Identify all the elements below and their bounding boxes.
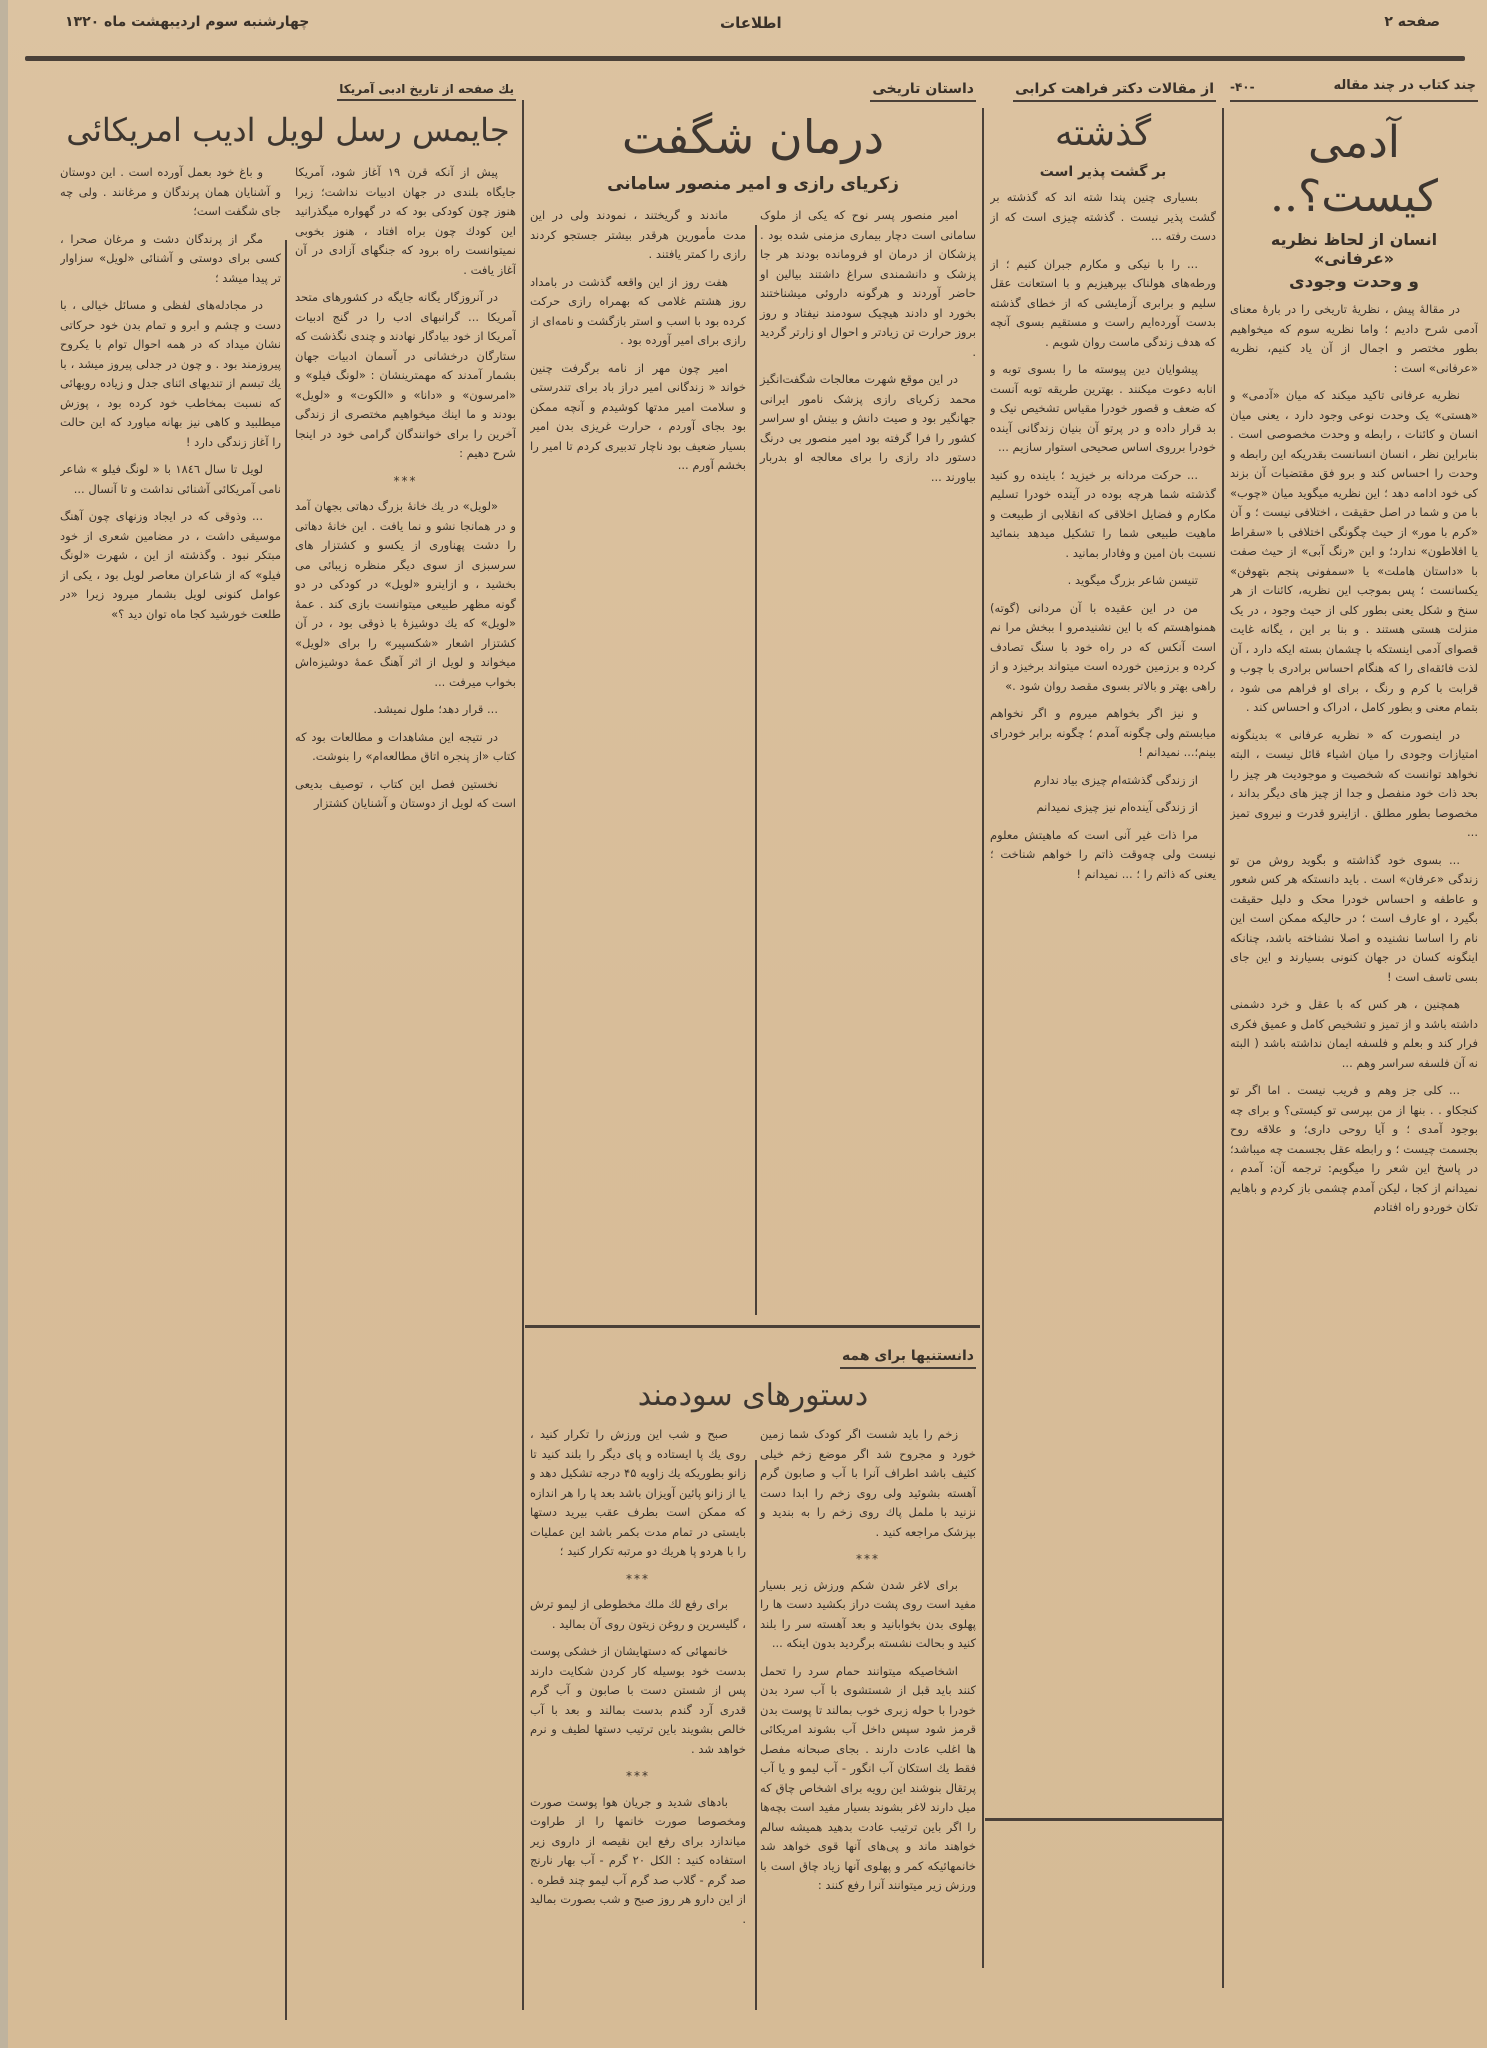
separator-stars: *** bbox=[760, 1550, 976, 1570]
separator-stars: *** bbox=[295, 472, 516, 492]
article-body: در مقالهٔ پیش ، نظریهٔ تاریخی را در باره… bbox=[1230, 300, 1478, 1218]
article-number: -۴۰- bbox=[1230, 80, 1255, 94]
headline: گذشته bbox=[990, 112, 1216, 156]
paragraph: صبح و شب این ورزش را تکرار کنید ، روی یك… bbox=[530, 1425, 746, 1562]
article-body: بسیاری چنین پندا شته اند که گذشته بر گشت… bbox=[990, 188, 1216, 884]
headline: جایمس رسل لویل ادیب امریکائی bbox=[60, 109, 516, 151]
text-column-right: زخم را باید شست اگر کودک شما زمین خورد و… bbox=[760, 1425, 976, 1937]
paragraph: ... بسوی خود گذاشته و بگوید روش من تو زن… bbox=[1230, 851, 1478, 988]
subheadline: زکریای رازی و امیر منصور سامانی bbox=[530, 174, 976, 194]
subheadline: و وحدت وجودی bbox=[1230, 272, 1478, 292]
paragraph: همچنین ، هر کس که با عقل و خرد دشمنی داش… bbox=[1230, 995, 1478, 1073]
article-adami-kist: چند کتاب در چند مقاله -۴۰- آدمی کیست؟.. … bbox=[1230, 78, 1478, 2038]
newspaper-name: اطلاعات bbox=[720, 14, 782, 32]
paragraph: زخم را باید شست اگر کودک شما زمین خورد و… bbox=[760, 1425, 976, 1542]
page-number: صفحه ۲ bbox=[1384, 14, 1440, 30]
section-kicker: دانستنیها برای همه bbox=[840, 1348, 976, 1369]
paragraph: بسیاری چنین پندا شته اند که گذشته بر گشت… bbox=[990, 188, 1216, 247]
column-divider bbox=[1222, 108, 1224, 1988]
headline: دستورهای سودمند bbox=[530, 1377, 976, 1415]
paragraph: ... کلی جز وهم و فریب نیست . اما اگر تو … bbox=[1230, 1081, 1478, 1218]
paragraph: از زندگی گذشته‌ام چیزی بیاد ندارم bbox=[990, 771, 1216, 791]
paragraph: مگر از پرندگان دشت و مرغان صحرا ، کسی بر… bbox=[60, 230, 281, 289]
paragraph: مرا ذات غیر آنی است که ماهیتش معلوم نیست… bbox=[990, 826, 1216, 885]
headline: آدمی کیست؟.. bbox=[1230, 116, 1478, 224]
text-column-left: و باغ خود بعمل آورده است . این دوستان و … bbox=[60, 163, 281, 822]
paragraph: در این موقع شهرت معالجات شگفت‌انگیز محمد… bbox=[760, 370, 976, 487]
article-james-russell-lowell: یك صفحه از تاریخ ادبی آمریکا جایمس رسل ل… bbox=[60, 78, 516, 2038]
paragraph: در آنروزگار یگانه جایگه در کشورهای متحد … bbox=[295, 288, 516, 464]
article-dastoorhaye-soodmand: دانستنیها برای همه دستورهای سودمند زخم ر… bbox=[530, 1345, 976, 2035]
paragraph: نخستین فصل این کتاب ، توصیف بدیعی است که… bbox=[295, 775, 516, 814]
paragraph: امیر چون مهر از نامه برگرفت چنین خواند «… bbox=[530, 359, 746, 476]
section-rule bbox=[525, 1325, 980, 1328]
separator-stars: *** bbox=[530, 1767, 746, 1787]
headline: درمان شگفت bbox=[530, 108, 976, 166]
issue-date: چهارشنبه سوم اردیبهشت ماه ۱۳۲۰ bbox=[65, 14, 309, 30]
paragraph: امیر منصور پسر نوح که یکی از ملوک سامانی… bbox=[760, 206, 976, 362]
newspaper-page: صفحه ۲ اطلاعات چهارشنبه سوم اردیبهشت ماه… bbox=[0, 0, 1487, 2048]
paragraph: پیشوایان دین پیوسته ما را بسوی توبه و ان… bbox=[990, 360, 1216, 458]
column-divider bbox=[982, 108, 984, 1968]
paragraph: پیش از آنکه قرن ۱۹ آغاز شود، آمریکا جایگ… bbox=[295, 163, 516, 280]
scan-edge bbox=[0, 0, 8, 2048]
paragraph: خانمهائی که دستهایشان از خشکی پوست بدست … bbox=[530, 1642, 746, 1759]
paragraph: بادهای شدید و جریان هوا پوست صورت ومخصوص… bbox=[530, 1793, 746, 1930]
separator-stars: *** bbox=[530, 1570, 746, 1590]
paragraph: در مقالهٔ پیش ، نظریهٔ تاریخی را در باره… bbox=[1230, 300, 1478, 378]
masthead: صفحه ۲ اطلاعات چهارشنبه سوم اردیبهشت ماه… bbox=[30, 14, 1470, 44]
article-darman-shegeft: داستان تاریخی درمان شگفت زکریای رازی و ا… bbox=[530, 78, 976, 1318]
paragraph: اشخاصیکه میتوانند حمام سرد را تحمل کنند … bbox=[760, 1662, 976, 1896]
paragraph: ... حرکت مردانه بر خیزید ؛ باینده رو کنی… bbox=[990, 466, 1216, 564]
paragraph: در نتیجه این مشاهدات و مطالعات بود که کت… bbox=[295, 728, 516, 767]
paragraph: از زندگی آینده‌ام نیز چیزی نمیدانم bbox=[990, 798, 1216, 818]
series-title: چند کتاب در چند مقاله bbox=[1332, 78, 1479, 96]
section-kicker: یك صفحه از تاریخ ادبی آمریکا bbox=[337, 82, 516, 101]
text-column-left: صبح و شب این ورزش را تکرار کنید ، روی یك… bbox=[530, 1425, 746, 1937]
paragraph: در اینصورت که « نظریه عرفانی » بدینگونه … bbox=[1230, 726, 1478, 843]
article-body: امیر منصور پسر نوح که یکی از ملوک سامانی… bbox=[530, 206, 976, 495]
paragraph: برای رفع لك ملك مخطوطی از لیمو ترش ، گلی… bbox=[530, 1595, 746, 1634]
paragraph: ... را با نیکی و مکارم جبران کنیم ؛ از و… bbox=[990, 255, 1216, 353]
article-gozashte: از مقالات دکتر فراهت کرابی گذشته بر گشت … bbox=[990, 78, 1216, 2038]
paragraph: برای لاغر شدن شکم ورزش زیر بسیار مفید اس… bbox=[760, 1576, 976, 1654]
paragraph: هفت روز از این واقعه گذشت در بامداد روز … bbox=[530, 273, 746, 351]
paragraph: من در این عقیده با آن مردانی (گوته) همنو… bbox=[990, 599, 1216, 697]
masthead-rule bbox=[25, 56, 1465, 61]
subheadline: انسان از لحاظ نظریه «عرفانی» bbox=[1230, 230, 1478, 268]
text-column-right: امیر منصور پسر نوح که یکی از ملوک سامانی… bbox=[760, 206, 976, 495]
paragraph: لویل تا سال ۱۸٤٦ با « لونگ فیلو » شاعر ن… bbox=[60, 460, 281, 499]
subheadline: بر گشت پذیر است bbox=[990, 164, 1216, 180]
section-kicker: از مقالات دکتر فراهت کرابی bbox=[1013, 81, 1216, 102]
paragraph: نظریه عرفانی تاکید میکند که میان «آدمی» … bbox=[1230, 386, 1478, 718]
paragraph: «لویل» در یك خانهٔ بزرگ دهاتی بجهان آمد … bbox=[295, 497, 516, 692]
section-kicker: داستان تاریخی bbox=[870, 81, 976, 102]
paragraph: و نیز اگر بخواهم میروم و اگر نخواهم میاب… bbox=[990, 704, 1216, 763]
article-body: زخم را باید شست اگر کودک شما زمین خورد و… bbox=[530, 1425, 976, 1937]
paragraph: در مجادله‌های لفظی و مسائل خیالی ، با دس… bbox=[60, 296, 281, 452]
paragraph: ... وذوقی که در ایجاد وزنهای چون آهنگ مو… bbox=[60, 507, 281, 624]
paragraph: و باغ خود بعمل آورده است . این دوستان و … bbox=[60, 163, 281, 222]
column-divider bbox=[522, 100, 524, 2010]
paragraph: ... قرار دهد؛ ملول نمیشد. bbox=[295, 700, 516, 720]
article-body: پیش از آنکه قرن ۱۹ آغاز شود، آمریکا جایگ… bbox=[60, 163, 516, 822]
text-column-right: پیش از آنکه قرن ۱۹ آغاز شود، آمریکا جایگ… bbox=[295, 163, 516, 822]
paragraph: ماندند و گریختند ، نمودند ولی در این مدت… bbox=[530, 206, 746, 265]
paragraph: تنیسن شاعر بزرگ میگوید . bbox=[990, 571, 1216, 591]
text-column-left: ماندند و گریختند ، نمودند ولی در این مدت… bbox=[530, 206, 746, 495]
